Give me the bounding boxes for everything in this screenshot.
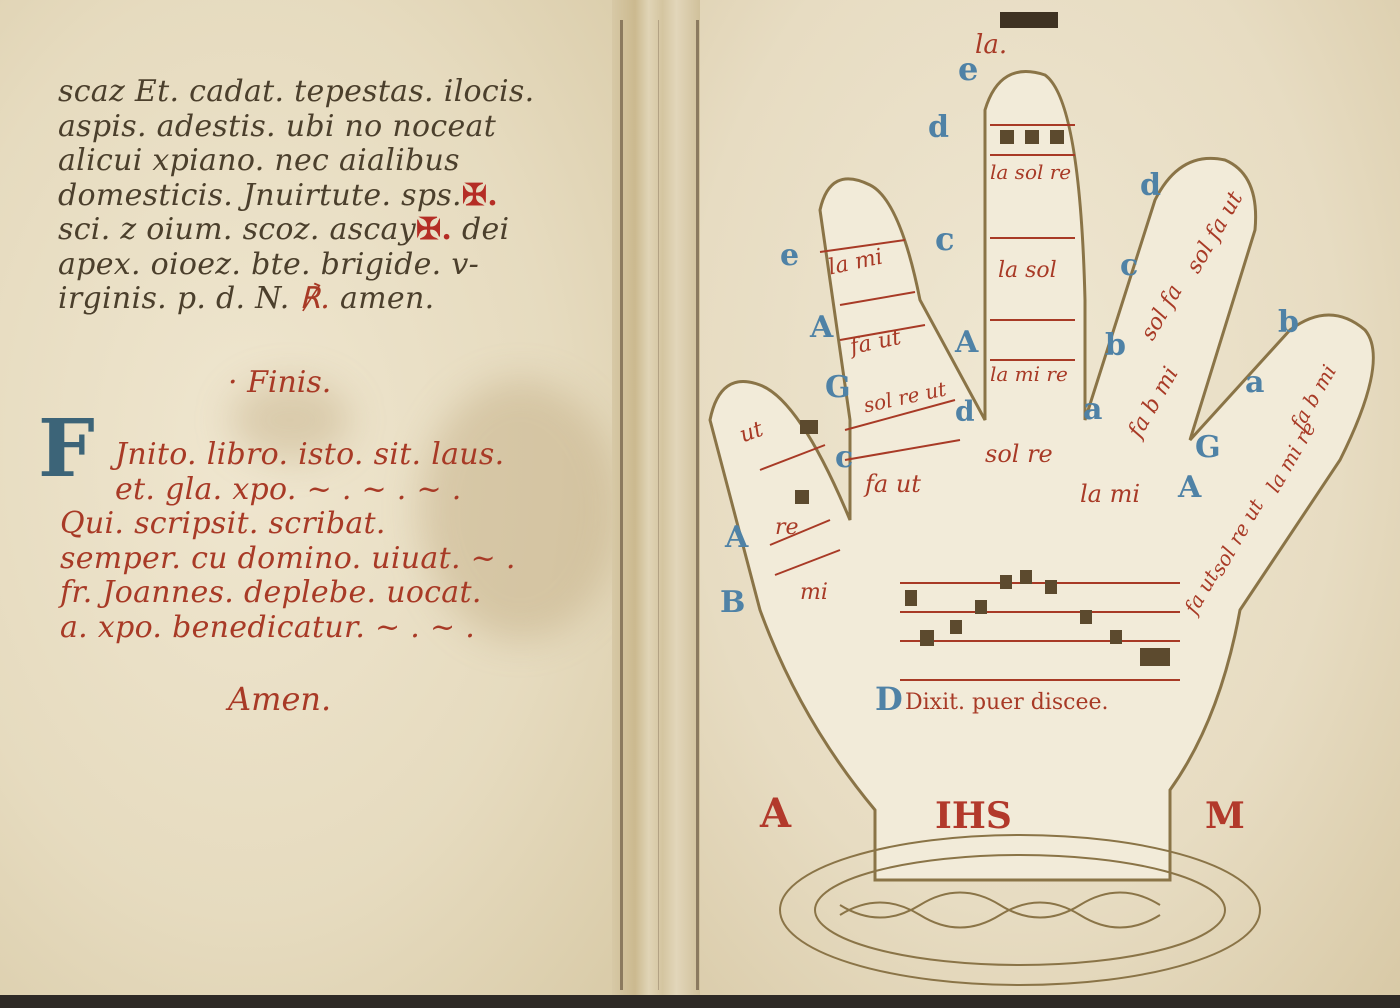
colophon-line: et. gla. xpo. ~ . ~ . ~ .	[60, 473, 580, 508]
gamut-letter: b	[1278, 305, 1299, 340]
thumb-label-mi: mi	[800, 580, 828, 605]
monogram-omega: M	[1205, 795, 1245, 837]
finis-heading: · Finis.	[228, 365, 331, 400]
gamut-letter: A	[725, 520, 748, 555]
palm-label: fa ut	[865, 470, 921, 498]
text-line: alicui xpiano. nec aialibus	[58, 144, 578, 179]
text-segment: irginis. p. d. N.	[58, 281, 290, 316]
colophon: Jnito. libro. isto. sit. laus. et. gla. …	[60, 438, 580, 645]
gamut-letter: A	[810, 310, 833, 345]
gamut-letter: c	[1120, 248, 1138, 283]
fold-line	[620, 20, 623, 990]
colophon-line: semper. cu domino. uiuat. ~ .	[60, 542, 580, 577]
gamut-letter: d	[928, 110, 949, 145]
gamut-letter: e	[780, 238, 799, 273]
text-line: irginis. p. d. N. ℟. amen.	[58, 282, 578, 317]
gamut-letter: A	[1178, 470, 1201, 505]
chant-initial: D	[875, 680, 903, 718]
text-line: apex. oioez. bte. brigide. v-	[58, 248, 578, 283]
gamut-letter: c	[935, 220, 954, 258]
text-line: domesticis. Jnuirtute. sps.✠.	[58, 179, 578, 214]
fold-line	[658, 20, 659, 990]
thumb-label-re: re	[775, 515, 799, 540]
chant-text: Dixit. puer discee.	[905, 690, 1109, 715]
response-mark-icon: ℟.	[299, 281, 330, 316]
colophon-line: Jnito. libro. isto. sit. laus.	[60, 438, 580, 473]
text-line: aspis. adestis. ubi no noceat	[58, 110, 578, 145]
gamut-letter: B	[720, 585, 745, 620]
text-segment: amen.	[330, 281, 434, 316]
text-line: scaz Et. cadat. tepestas. ilocis.	[58, 75, 578, 110]
monogram-ihs: IHS	[935, 795, 1012, 837]
text-line: sci. z oium. scoz. ascay✠. dei	[58, 213, 578, 248]
middle-label: la mi re	[990, 362, 1068, 386]
cross-icon: ✠.	[416, 212, 452, 247]
book-gutter	[612, 0, 704, 1000]
colophon-line: Qui. scripsit. scribat.	[60, 507, 580, 542]
text-segment: sci. z oium. scoz. ascay	[58, 212, 416, 247]
prayer-text: scaz Et. cadat. tepestas. ilocis. aspis.…	[58, 75, 578, 317]
gamut-letter: a	[1245, 365, 1264, 400]
gamut-letter: G	[1195, 430, 1221, 465]
middle-label: la sol	[998, 258, 1057, 283]
guidonian-hand: la. ut re mi la mi fa ut sol re ut la so…	[700, 0, 1400, 1000]
manuscript-spread: scaz Et. cadat. tepestas. ilocis. aspis.…	[0, 0, 1400, 1008]
monogram-alpha: A	[760, 790, 791, 837]
gamut-letter: c	[835, 440, 853, 475]
gamut-letter: d	[1140, 168, 1161, 203]
cross-icon: ✠.	[462, 178, 498, 213]
gamut-letter: G	[825, 370, 851, 405]
gamut-letter: a	[1083, 392, 1102, 427]
middle-label: la sol re	[990, 160, 1071, 184]
colophon-line: a. xpo. benedicatur. ~ . ~ .	[60, 611, 580, 646]
colophon-line: fr. Joannes. deplebe. uocat.	[60, 576, 580, 611]
text-segment: dei	[452, 212, 509, 247]
final-amen: Amen.	[228, 680, 331, 718]
left-page: scaz Et. cadat. tepestas. ilocis. aspis.…	[0, 0, 615, 1000]
fold-line	[696, 20, 699, 990]
text-segment: domesticis. Jnuirtute. sps.	[58, 178, 462, 213]
top-label: la.	[975, 30, 1007, 60]
gamut-letter: b	[1105, 328, 1126, 363]
palm-label: sol re	[985, 440, 1053, 468]
palm-label: la mi	[1080, 480, 1140, 508]
gamut-letter: e	[958, 50, 978, 88]
gamut-letter: A	[955, 325, 978, 360]
hand-outline-icon	[700, 0, 1400, 1000]
gamut-letter: d	[955, 395, 975, 428]
book-bottom-edge	[0, 995, 1400, 1008]
